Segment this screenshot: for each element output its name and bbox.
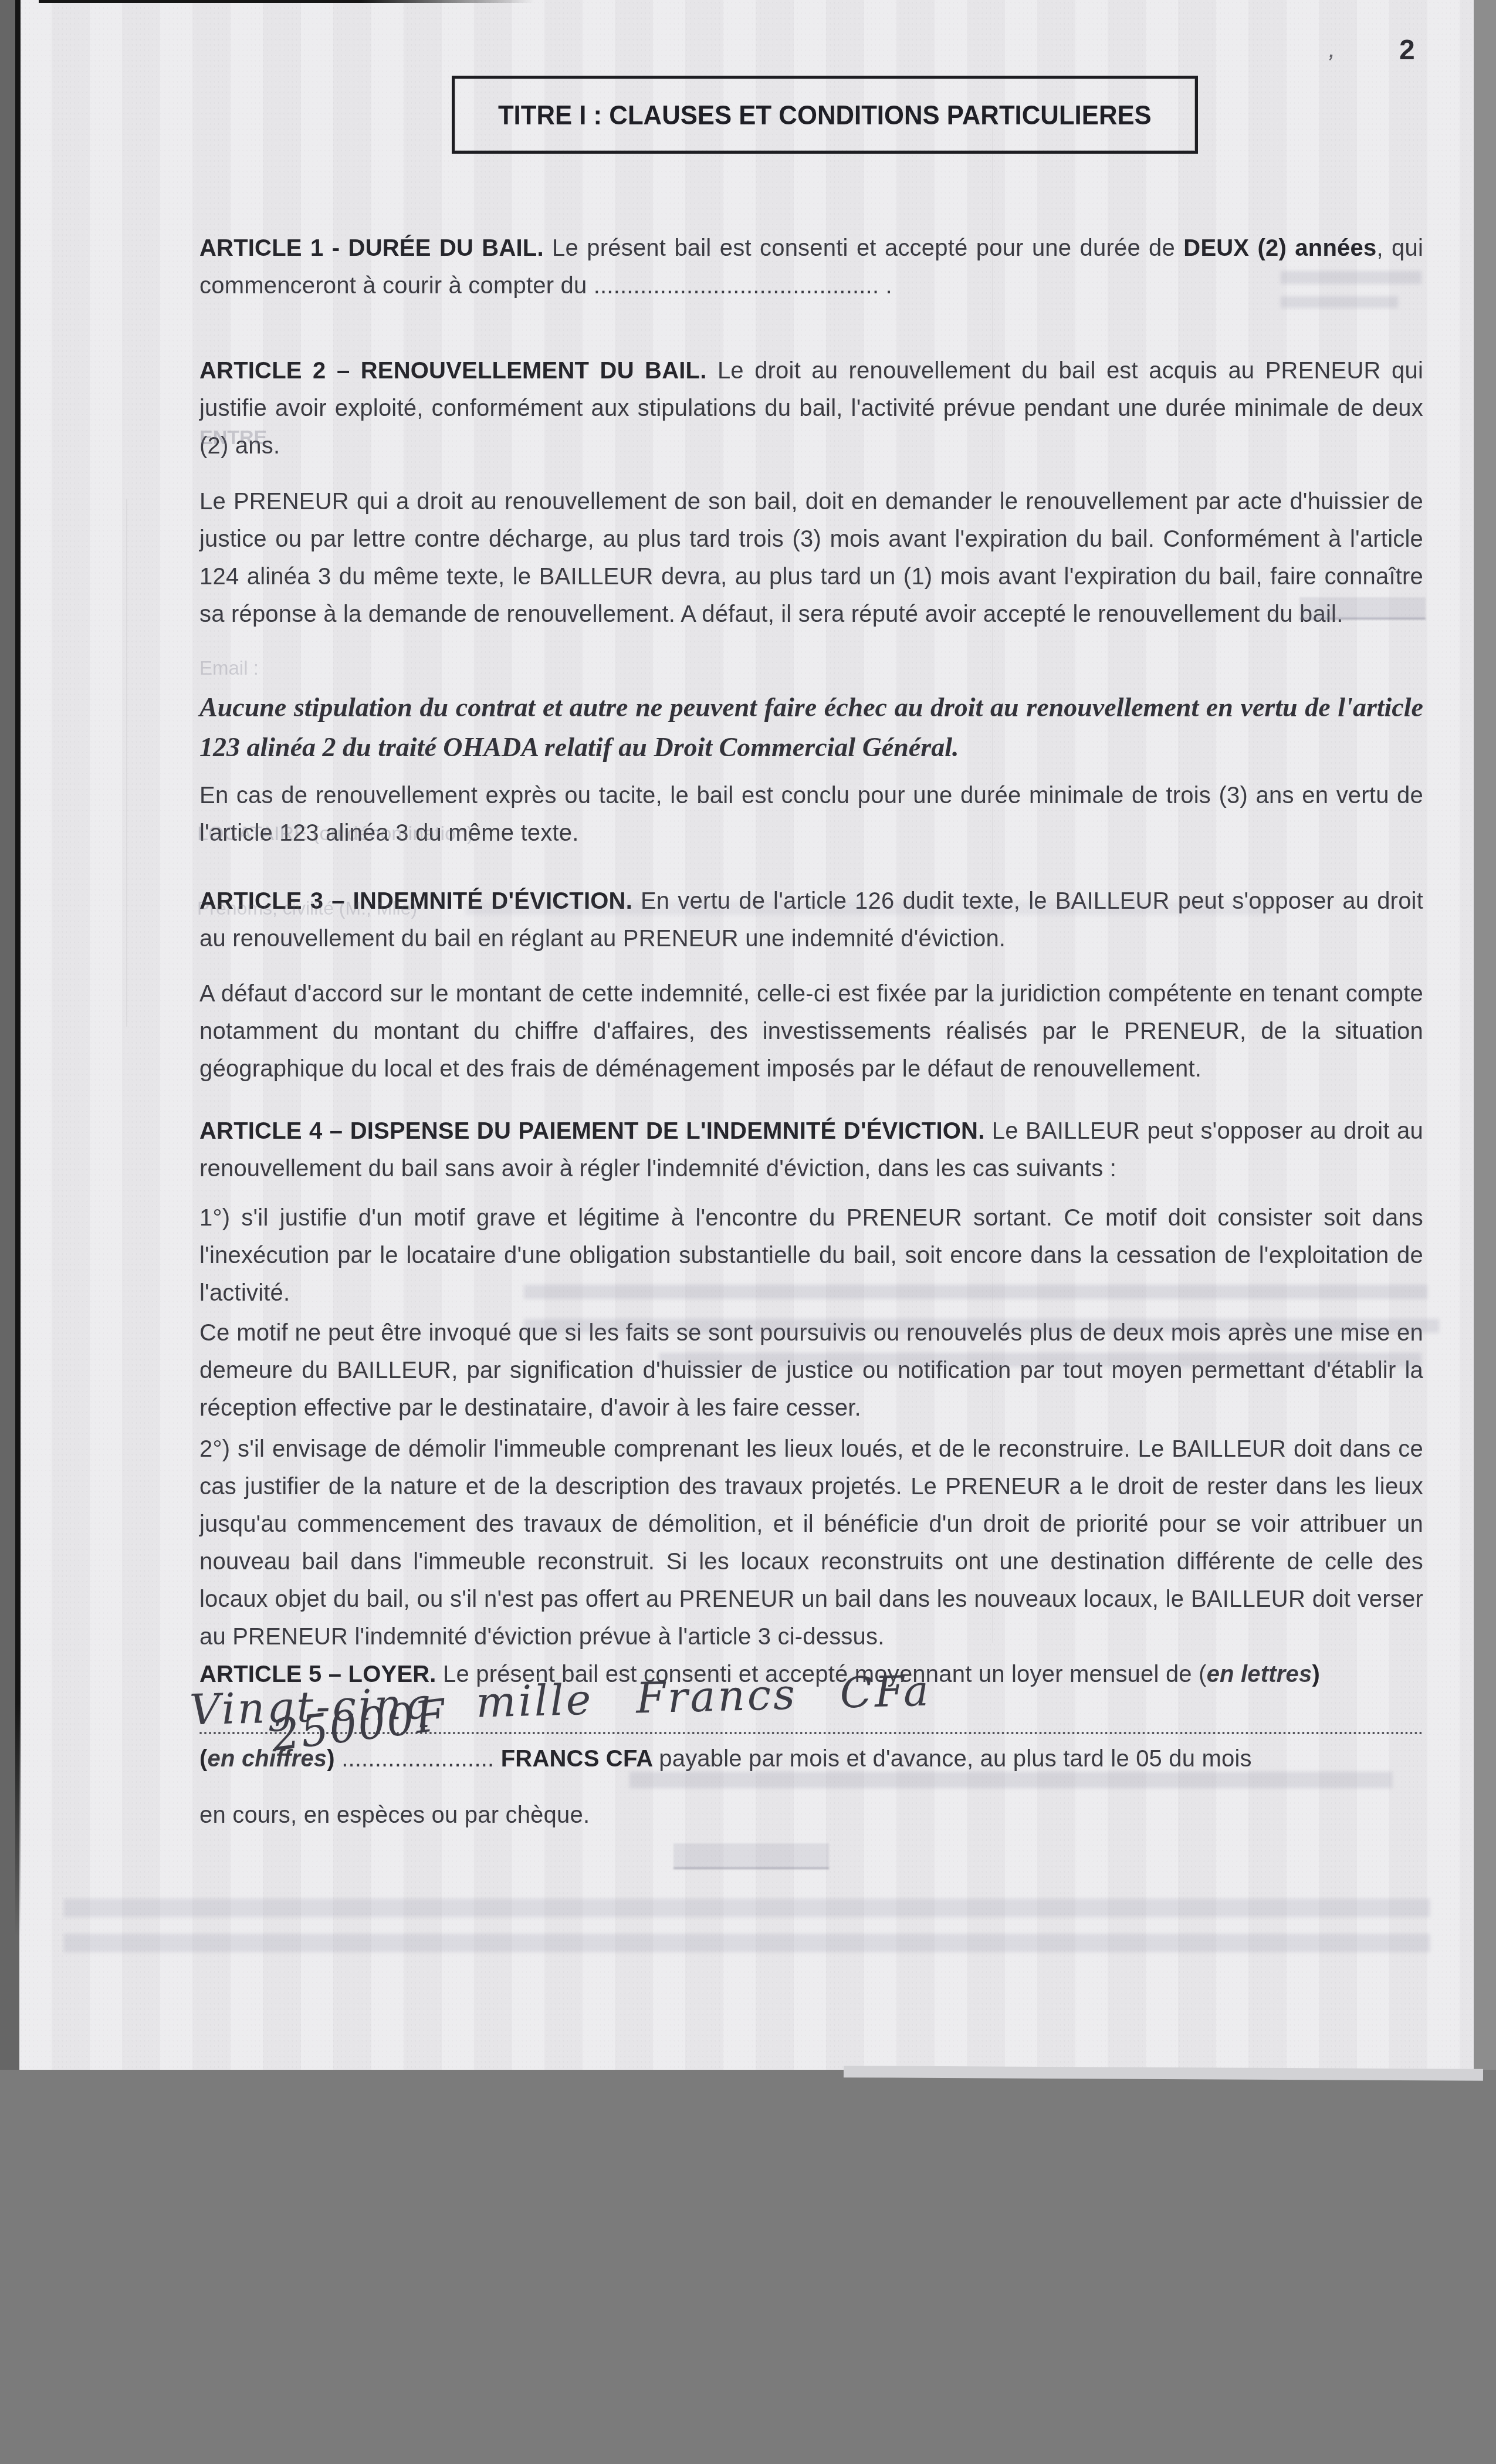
bleedthrough-link-mark — [1299, 597, 1426, 620]
article-3-text-2: A défaut d'accord sur le montant de cett… — [199, 981, 1423, 1082]
article-2-paragraph-2: Le PRENEUR qui a droit au renouvellement… — [199, 483, 1423, 633]
article-4-item-2: 2°) s'il envisage de démolir l'immeuble … — [199, 1430, 1423, 1656]
page-edge-shadow-top — [39, 0, 534, 3]
article-4-paragraph: ARTICLE 4 – DISPENSE DU PAIEMENT DE L'IN… — [199, 1112, 1423, 1187]
page-number: 2 — [1399, 34, 1415, 66]
underlying-sheet-edge — [844, 2066, 1483, 2081]
bleedthrough-smudge — [63, 1898, 1430, 1917]
article-1-text: Le présent bail est consenti et accepté … — [552, 235, 1183, 261]
ohada-clause-text: Aucune stipulation du contrat et autre n… — [199, 692, 1423, 762]
article-1-fill-in-dots: ........................................… — [594, 273, 879, 299]
article-1-bold-duration: DEUX (2) années — [1183, 235, 1376, 261]
bleedthrough-smudge — [524, 1285, 1427, 1299]
payment-terms-text-2: en cours, en espèces ou par chèque. — [199, 1802, 590, 1828]
bleedthrough-smudge — [1281, 271, 1421, 284]
article-5-en-lettres: en lettres — [1207, 1661, 1312, 1687]
bleedthrough-smudge — [629, 1772, 1392, 1788]
bleedthrough-smudge — [1281, 296, 1398, 308]
pen-tick-mark: ’ — [1324, 49, 1335, 79]
bleedthrough-smudge — [63, 1934, 1430, 1952]
bleedthrough-entre: ENTRE — [199, 427, 267, 449]
scanned-lease-page: { "page": { "number": "2", "title": "TIT… — [0, 0, 1496, 2464]
ohada-clause: Aucune stipulation du contrat et autre n… — [199, 688, 1423, 767]
article-4-heading: ARTICLE 4 – DISPENSE DU PAIEMENT DE L'IN… — [199, 1118, 984, 1144]
article-1-heading-sep: . — [537, 235, 552, 261]
article-4-motif-text: Ce motif ne peut être invoqué que si les… — [199, 1320, 1423, 1421]
scan-background-right — [1474, 0, 1496, 2070]
article-5-close-paren: ) — [1312, 1661, 1321, 1687]
francs-cfa-label: FRANCS CFA — [494, 1746, 659, 1772]
bleedthrough-locataire: LOCATAIRE (ou dénomination) — [197, 823, 473, 845]
bleedthrough-stamp — [673, 1843, 829, 1869]
article-1-text-3: . — [879, 273, 892, 299]
page-edge-shadow-left — [15, 0, 21, 1936]
payment-terms-line-2: en cours, en espèces ou par chèque. — [199, 1796, 1423, 1834]
article-2-heading: ARTICLE 2 – RENOUVELLEMENT DU BAIL. — [199, 358, 707, 384]
article-4-item-2-text: 2°) s'il envisage de démolir l'immeuble … — [199, 1436, 1423, 1650]
page-title: TITRE I : CLAUSES ET CONDITIONS PARTICUL… — [498, 99, 1152, 131]
article-3-paragraph-2: A défaut d'accord sur le montant de cett… — [199, 975, 1423, 1088]
payment-terms-text: payable par mois et d'avance, au plus ta… — [659, 1746, 1252, 1772]
title-box: TITRE I : CLAUSES ET CONDITIONS PARTICUL… — [452, 76, 1198, 154]
paper-crease — [126, 499, 127, 1027]
bleedthrough-smudge — [524, 1319, 1439, 1333]
article-1-paragraph: ARTICLE 1 - DURÉE DU BAIL. Le présent ba… — [199, 229, 1423, 304]
article-3-paragraph: ARTICLE 3 – INDEMNITÉ D'ÉVICTION. En ver… — [199, 882, 1423, 957]
article-1-heading: ARTICLE 1 - DURÉE DU BAIL — [199, 235, 537, 261]
en-chiffres-open-paren: ( — [199, 1746, 208, 1772]
bleedthrough-prenoms: Prénoms, civilité (M., Mlle) — [197, 898, 417, 919]
article-2-text-2: Le PRENEUR qui a droit au renouvellement… — [199, 489, 1423, 627]
article-2-paragraph: ARTICLE 2 – RENOUVELLEMENT DU BAIL. Le d… — [199, 352, 1423, 465]
bleedthrough-smudge — [465, 901, 1275, 915]
document-page: 2 ’ TITRE I : CLAUSES ET CONDITIONS PART… — [19, 0, 1474, 2070]
bleedthrough-email: Email : — [199, 657, 259, 679]
bleedthrough-smudge — [659, 1353, 1421, 1367]
